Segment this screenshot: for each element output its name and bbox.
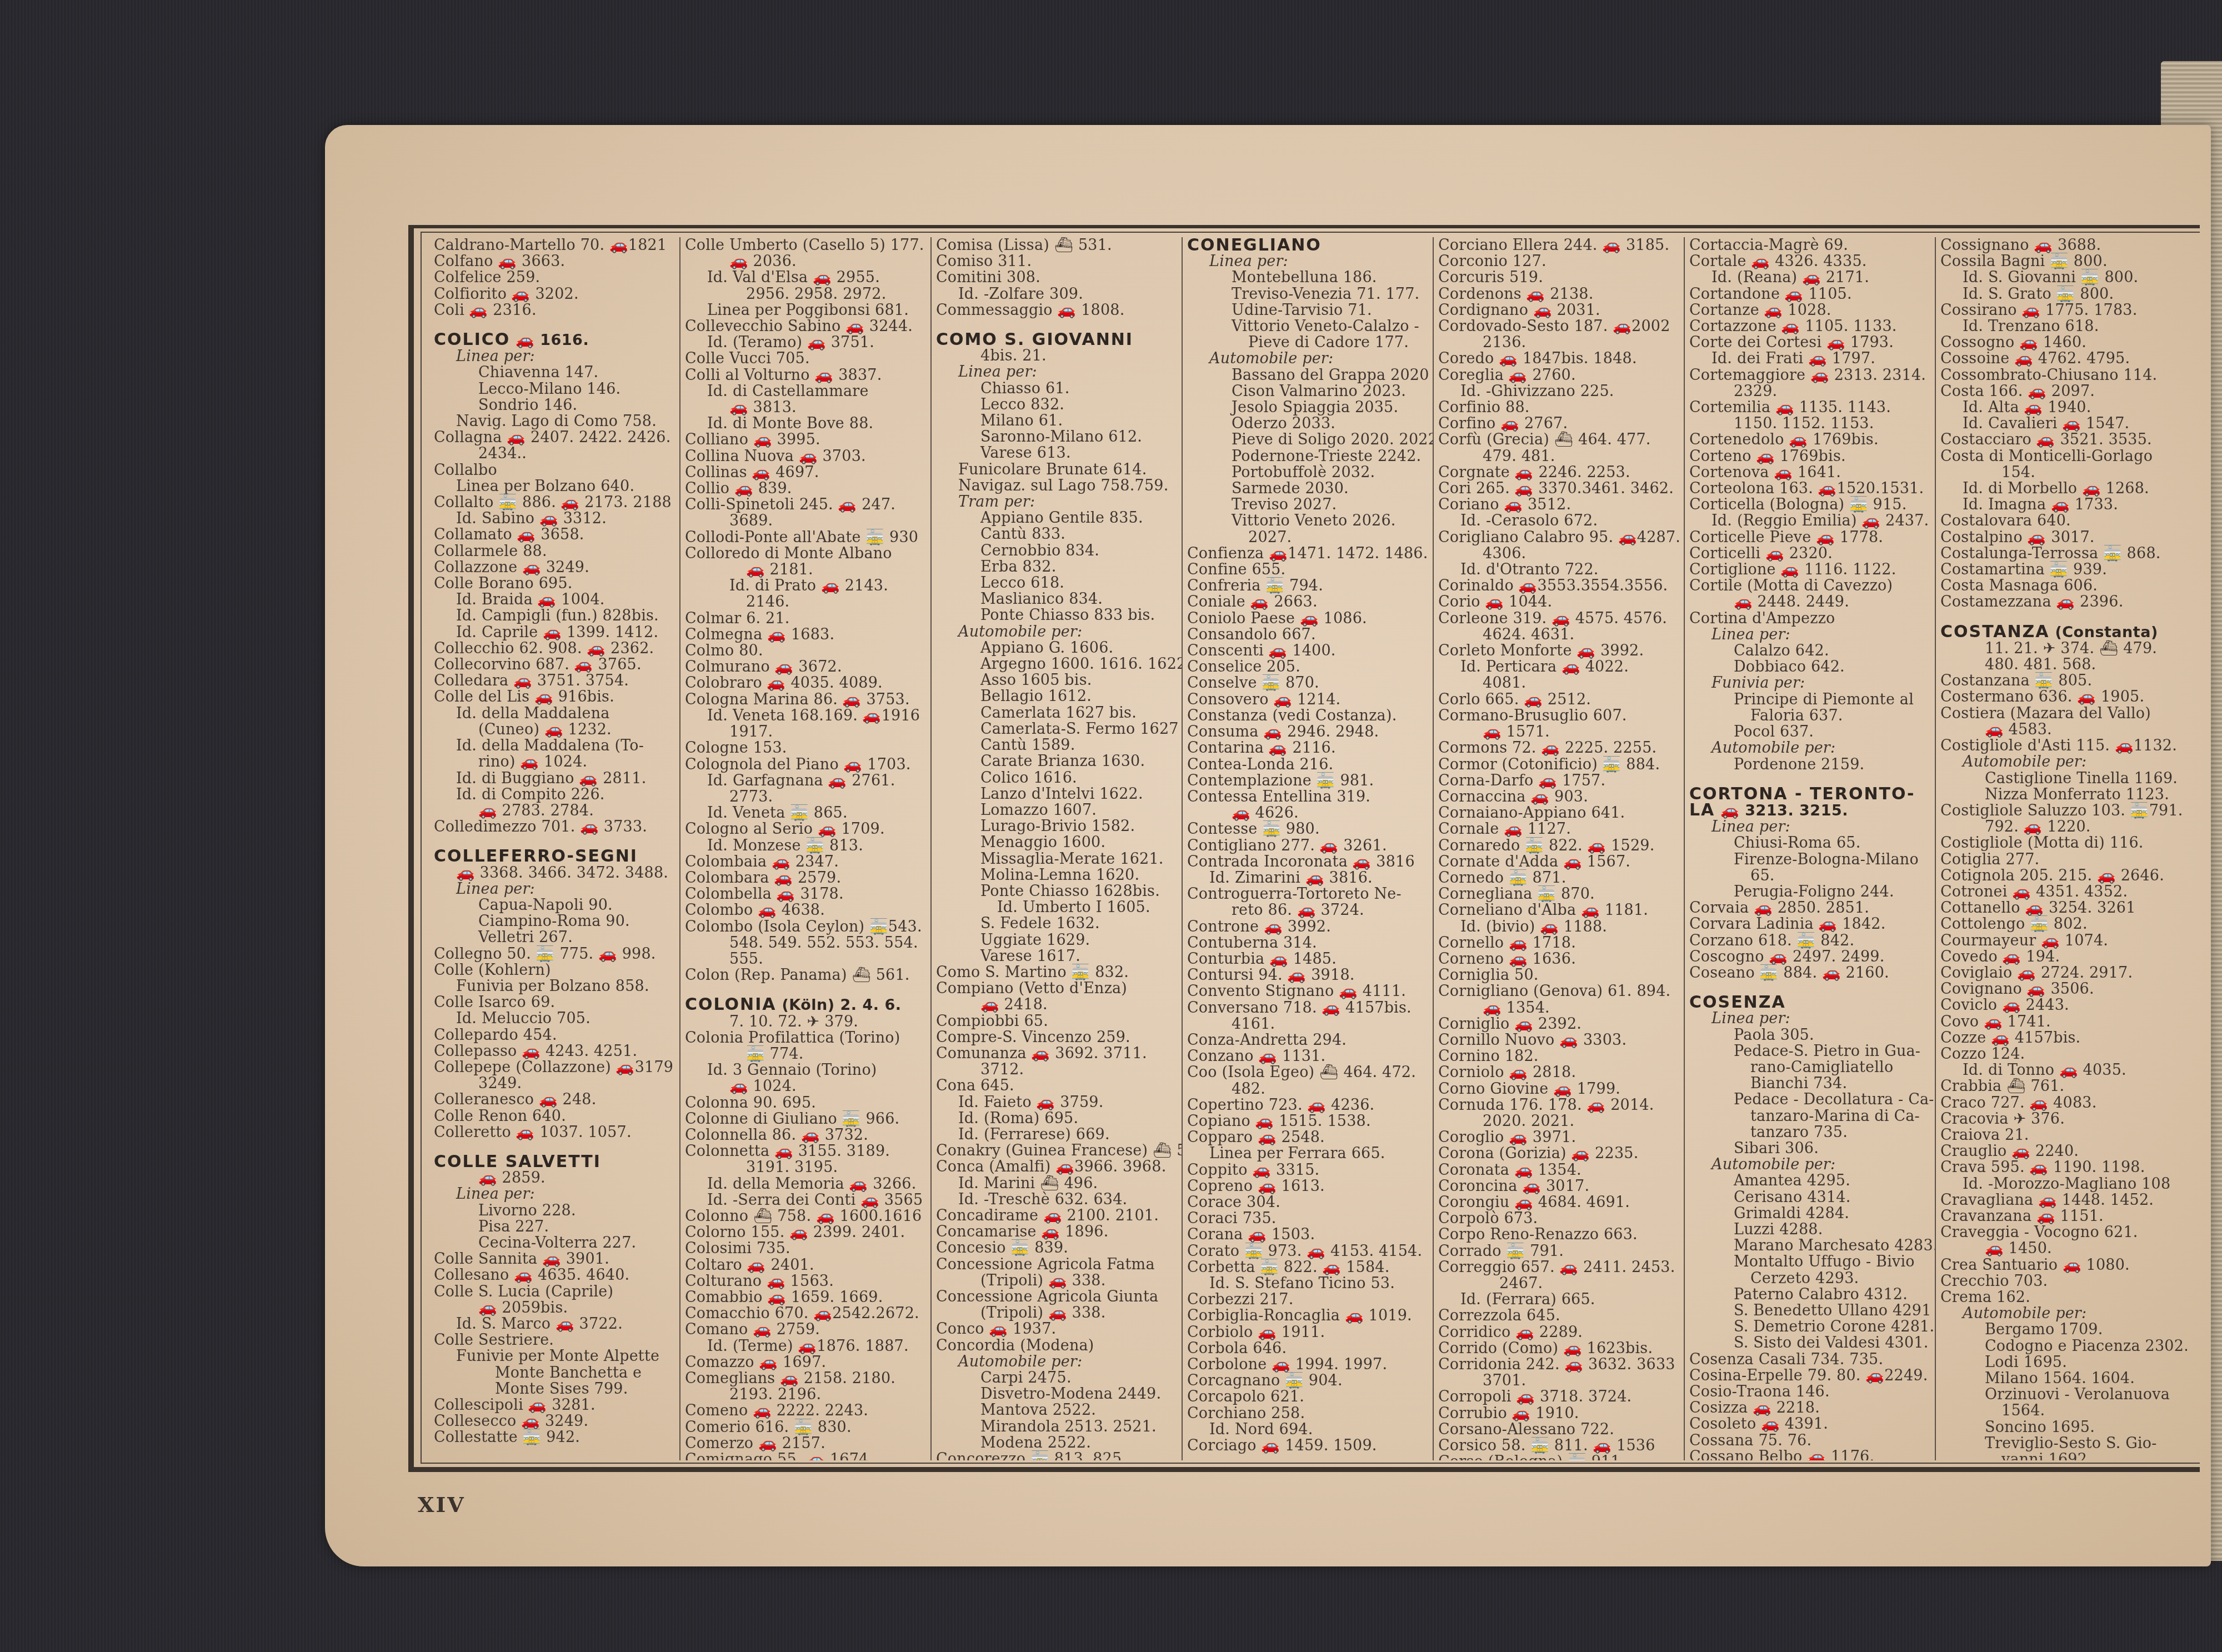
index-subentry: Milano 61.: [936, 413, 1176, 429]
index-subentry: Vittorio Veneto 2026.: [1187, 513, 1427, 529]
index-subentry: Id. Alta 🚗 1940.: [1940, 399, 2181, 415]
index-subentry: Id. di Castellammare: [685, 383, 925, 399]
index-subentry: Funicolare Brunate 614.: [936, 462, 1176, 478]
index-entry: Cornegliana 🚋 870.: [1438, 886, 1678, 902]
heading-title: COLONIA: [685, 995, 777, 1014]
index-entry: Contuberna 314.: [1187, 935, 1427, 951]
index-entry: Cornino 182.: [1438, 1048, 1678, 1064]
index-subentry: 548. 549. 552. 553. 554.: [685, 935, 925, 951]
index-entry: Colle (Kohlern): [434, 962, 674, 978]
index-entry: Corconio 127.: [1438, 253, 1678, 269]
index-subentry: Chiasso 61.: [936, 381, 1176, 397]
index-subentry: Id. di Monte Bove 88.: [685, 415, 925, 432]
index-subentry: Principe di Piemonte al: [1689, 692, 1929, 708]
index-entry: Cossignano 🚗 3688.: [1940, 237, 2181, 253]
index-subentry: (Tripoli) 🚗 338.: [936, 1305, 1176, 1321]
index-entry: Cornale 🚗 1127.: [1438, 821, 1678, 837]
index-subentry: Id. (Ferrara) 665.: [1438, 1291, 1678, 1308]
index-entry: Corona (Gorizia) 🚗 2235.: [1438, 1145, 1678, 1162]
index-entry: Cozzo 124.: [1940, 1046, 2181, 1062]
index-entry: Collesano 🚗 4635. 4640.: [434, 1267, 674, 1283]
index-subentry: Appiano Gentile 835.: [936, 510, 1176, 526]
index-entry: Costalovara 640.: [1940, 513, 2181, 529]
index-subentry: Lecco-Milano 146.: [434, 381, 674, 397]
index-entry: Cortandone 🚗 1105.: [1689, 286, 1929, 302]
index-subentry: Dobbiaco 642.: [1689, 659, 1929, 675]
index-entry: Corticelle Pieve 🚗 1778.: [1689, 529, 1929, 545]
index-subentry: Cerzeto 4293.: [1689, 1270, 1929, 1286]
heading-title: COLLEFERRO-SEGNI: [434, 847, 638, 866]
index-entry: Colledimezzo 701. 🚗 3733.: [434, 819, 674, 835]
index-entry: Comeno 🚗 2222. 2243.: [685, 1403, 925, 1419]
index-subentry: Id. (Reggio Emilia) 🚗 2437.: [1689, 513, 1929, 529]
index-entry: Cornaccina 🚗 903.: [1438, 789, 1678, 805]
index-entry: Corsico 58. 🚋 811. 🚗 1536: [1438, 1438, 1678, 1454]
section-heading: COLICO 🚗 1616.: [434, 332, 674, 348]
index-subentry: Id. di Tonno 🚗 4035.: [1940, 1062, 2181, 1078]
heading-title: COLICO: [434, 330, 510, 349]
index-entry: Conselice 205.: [1187, 659, 1427, 675]
index-subentry: 65.: [1689, 868, 1929, 884]
index-subentry: Cantù 1589.: [936, 737, 1176, 753]
index-subentry: Pieve di Cadore 177.: [1187, 334, 1427, 351]
index-entry: Colombaia 🚗 2347.: [685, 854, 925, 870]
index-entry: Cossirano 🚗 1775. 1783.: [1940, 302, 2181, 318]
index-entry: Cortemilia 🚗 1135. 1143.: [1689, 399, 1929, 415]
index-subentry: Tram per:: [936, 494, 1176, 510]
index-entry: Cologna Marina 86. 🚗 3753.: [685, 692, 925, 708]
index-entry: Comerio 616. 🚋 830.: [685, 1419, 925, 1435]
index-entry: Colon (Rep. Panama) ⛴ 561.: [685, 967, 925, 983]
index-entry: Cordovado-Sesto 187. 🚗2002: [1438, 318, 1678, 334]
index-entry: Cologno al Serio 🚗 1709.: [685, 821, 925, 837]
index-column-3: Comisa (Lissa) ⛴ 531.Comiso 311.Comitini…: [932, 237, 1183, 1460]
index-entry: Costigliole (Motta di) 116.: [1940, 835, 2181, 851]
index-entry: Coraci 735.: [1187, 1210, 1427, 1227]
index-subentry: Marano Marchesato 4283.: [1689, 1238, 1929, 1254]
index-entry: Corgnate 🚗 2246. 2253.: [1438, 464, 1678, 480]
index-entry: Constanza (vedi Costanza).: [1187, 708, 1427, 724]
index-entry: Corsano-Alessano 722.: [1438, 1421, 1678, 1438]
heading-refs: 🚗 3213. 3215.: [1715, 802, 1848, 819]
index-subentry: (Tripoli) 🚗 338.: [936, 1273, 1176, 1289]
index-column-4: CONEGLIANOLinea per:Montebelluna 186.Tre…: [1183, 237, 1434, 1460]
index-subentry: Montalto Uffugo - Bivio: [1689, 1254, 1929, 1270]
index-entry: Collio 🚗 839.: [685, 480, 925, 497]
index-entry: Consovero 🚗 1214.: [1187, 692, 1427, 708]
index-subentry: Linea per:: [1689, 627, 1929, 643]
index-subentry: Firenze-Bologna-Milano: [1689, 852, 1929, 868]
index-subentry: 🚗 2181.: [685, 562, 925, 578]
index-entry: Cossano Belbo 🚗 1176.: [1689, 1449, 1929, 1460]
section-heading: LA 🚗 3213. 3215.: [1689, 802, 1929, 819]
index-entry: Cortemaggiore 🚗 2313. 2314.: [1689, 367, 1929, 383]
index-entry: Compiobbi 65.: [936, 1013, 1176, 1029]
index-entry: Corbetta 🚋 822. 🚗 1584.: [1187, 1259, 1427, 1275]
index-subentry: Id. -Ghivizzano 225.: [1438, 383, 1678, 399]
index-entry: Costalunga-Terrossa 🚋 868.: [1940, 545, 2181, 562]
index-subentry: Cerisano 4314.: [1689, 1189, 1929, 1205]
index-entry: Corniglia 50.: [1438, 967, 1678, 983]
index-entry: Colturano 🚗 1563.: [685, 1273, 925, 1289]
index-subentry: Saronno-Milano 612.: [936, 429, 1176, 445]
index-subentry: Maslianico 834.: [936, 591, 1176, 607]
index-entry: Coviclo 🚗 2443.: [1940, 997, 2181, 1013]
index-entry: Cologne 153.: [685, 740, 925, 756]
index-entry: Covignano 🚗 3506.: [1940, 981, 2181, 997]
index-entry: Crecchio 703.: [1940, 1273, 2181, 1289]
heading-title: COSENZA: [1689, 993, 1786, 1012]
index-entry: Concessione Agricola Giunta: [936, 1289, 1176, 1305]
index-entry: Costigliole Saluzzo 103. 🚋791.: [1940, 803, 2181, 819]
index-entry: Crava 595. 🚗 1190. 1198.: [1940, 1159, 2181, 1175]
index-entry: Colonne di Giuliano 🚋 966.: [685, 1111, 925, 1127]
index-subentry: Mirandola 2513. 2521.: [936, 1419, 1176, 1435]
index-subentry: Id. -Morozzo-Magliano 108: [1940, 1176, 2181, 1192]
index-entry: Collinas 🚗 4697.: [685, 464, 925, 480]
index-entry: Coriano 🚗 3512.: [1438, 497, 1678, 513]
index-subentry: Lecco 618.: [936, 575, 1176, 591]
index-subentry: Id. (bivio) 🚗 1188.: [1438, 919, 1678, 935]
index-subentry: rano-Camigliatello: [1689, 1059, 1929, 1075]
index-subentry: 3712.: [936, 1062, 1176, 1078]
index-subentry: 2193. 2196.: [685, 1386, 925, 1403]
index-entry: Cortanze 🚗 1028.: [1689, 302, 1929, 318]
index-entry: Cornillo Nuovo 🚗 3303.: [1438, 1032, 1678, 1048]
index-subentry: 11. 21. ✈ 374. ⛴ 479.: [1940, 640, 2181, 657]
index-subentry: 2434..: [434, 445, 674, 462]
heading-title: CORTONA - TERONTO-: [1689, 784, 1915, 804]
index-entry: Corticella (Bologna) 🚋 915.: [1689, 497, 1929, 513]
index-entry: Copertino 723. 🚗 4236.: [1187, 1097, 1427, 1113]
index-subentry: Id. Monzese 🚋 813.: [685, 838, 925, 854]
index-subentry: Sibari 306.: [1689, 1140, 1929, 1157]
index-subentry: Funivia per Bolzano 858.: [434, 978, 674, 994]
index-entry: Cortaccia-Magrè 69.: [1689, 237, 1929, 253]
index-subentry: 3191. 3195.: [685, 1159, 925, 1175]
index-subentry: 2956. 2958. 2972.: [685, 286, 925, 302]
index-subentry: 🚗 2448. 2449.: [1689, 594, 1929, 610]
index-subentry: Id. -Treschè 632. 634.: [936, 1192, 1176, 1208]
index-subentry: Colico 1616.: [936, 770, 1176, 786]
index-entry: Cormano-Brusuglio 607.: [1438, 708, 1678, 724]
index-entry: Contursi 94. 🚗 3918.: [1187, 967, 1427, 983]
index-subentry: Argegno 1600. 1616. 1622: [936, 656, 1176, 672]
index-entry: Corigliano Calabro 95. 🚗4287.: [1438, 529, 1678, 545]
index-entry: Colobraro 🚗 4035. 4089.: [685, 675, 925, 691]
index-entry: Conza-Andretta 294.: [1187, 1032, 1427, 1048]
index-entry: Collamato 🚗 3658.: [434, 527, 674, 543]
index-entry: Colle Borano 695.: [434, 575, 674, 592]
index-subentry: Lodi 1695.: [1940, 1354, 2181, 1370]
index-subentry: 🚗 1024.: [685, 1078, 925, 1094]
index-entry: Corleto Monforte 🚗 3992.: [1438, 643, 1678, 659]
index-entry: Craco 727. 🚗 4083.: [1940, 1095, 2181, 1111]
index-entry: Caldrano-Martello 70. 🚗1821: [434, 237, 674, 253]
index-subentry: Jesolo Spiaggia 2035.: [1187, 399, 1427, 415]
index-entry: Colleretto 🚗 1037. 1057.: [434, 1124, 674, 1140]
index-entry: Colognola del Piano 🚗 1703.: [685, 757, 925, 773]
index-subentry: Automobile per:: [1940, 1305, 2181, 1321]
index-entry: Coli 🚗 2316.: [434, 302, 674, 318]
index-subentry: 1564.: [1940, 1403, 2181, 1419]
index-entry: Cornate d'Adda 🚗 1567.: [1438, 854, 1678, 870]
index-entry: Contemplazione 🚋 981.: [1187, 773, 1427, 789]
index-entry: Cozze 🚗 4157bis.: [1940, 1030, 2181, 1046]
index-subentry: 2027.: [1187, 529, 1427, 545]
index-entry: Copreno 🚗 1613.: [1187, 1178, 1427, 1194]
index-entry: Controne 🚗 3992.: [1187, 919, 1427, 935]
index-subentry: Lurago-Brivio 1582.: [936, 818, 1176, 834]
heading-refs: (Köln) 2. 4. 6.: [777, 997, 902, 1014]
index-entry: Craiova 21.: [1940, 1127, 2181, 1143]
index-entry: Corciano Ellera 244. 🚗 3185.: [1438, 237, 1678, 253]
index-entry: Corte dei Cortesi 🚗 1793.: [1689, 334, 1929, 351]
index-entry: Coppito 🚗 3315.: [1187, 1162, 1427, 1178]
index-entry: Corteolona 163. 🚗1520.1531.: [1689, 480, 1929, 497]
index-subentry: Id. Veneta 🚋 865.: [685, 805, 925, 821]
index-column-1: Caldrano-Martello 70. 🚗1821Colfano 🚗 366…: [429, 237, 680, 1460]
index-entry: Corrubio 🚗 1910.: [1438, 1405, 1678, 1421]
index-subentry: tanzaro-Marina di Ca-: [1689, 1108, 1929, 1124]
index-entry: Contigliano 277. 🚗 3261.: [1187, 838, 1427, 854]
section-heading: COSTANZA (Constanta): [1940, 624, 2181, 640]
index-entry: Cordignano 🚗 2031.: [1438, 302, 1678, 318]
index-entry: Cona 645.: [936, 1078, 1176, 1094]
index-entry: Corleone 319. 🚗 4575. 4576.: [1438, 610, 1678, 627]
index-entry: Colfelice 259.: [434, 269, 674, 286]
index-entry: Cotignola 205. 215. 🚗 2646.: [1940, 868, 2181, 884]
index-subentry: Codogno e Piacenza 2302.: [1940, 1338, 2181, 1354]
index-entry: Cossoine 🚗 4762. 4795.: [1940, 351, 2181, 367]
index-subentry: Camerlata-S. Fermo 1627: [936, 721, 1176, 737]
index-entry: Collegno 50. 🚋 775. 🚗 998.: [434, 946, 674, 962]
index-subentry: 4081.: [1438, 675, 1678, 691]
index-subentry: Oderzo 2033.: [1187, 415, 1427, 432]
index-entry: Correzzola 645.: [1438, 1308, 1678, 1324]
index-entry: Collodi-Ponte all'Abate 🚋 930: [685, 529, 925, 545]
index-subentry: Ciampino-Roma 90.: [434, 913, 674, 929]
index-subentry: 🚗 2859.: [434, 1170, 674, 1186]
index-entry: Colombella 🚗 3178.: [685, 886, 925, 902]
index-subentry: Paola 305.: [1689, 1027, 1929, 1043]
index-entry: Collestatte 🚋 942.: [434, 1429, 674, 1445]
index-subentry: Id. di Morbello 🚗 1268.: [1940, 480, 2181, 497]
index-subentry: Cison Valmarino 2023.: [1187, 383, 1427, 399]
index-subentry: Disvetro-Modena 2449.: [936, 1386, 1176, 1402]
index-entry: Cossila Bagni 🚋 800.: [1940, 253, 2181, 269]
index-entry: Corvara Ladinia 🚗 1842.: [1689, 916, 1929, 932]
index-entry: Costamezzana 🚗 2396.: [1940, 594, 2181, 610]
heading-title: COSTANZA: [1940, 622, 2050, 642]
index-subentry: Ponte Chiasso 833 bis.: [936, 607, 1176, 623]
index-subentry: Pieve di Soligo 2020. 2022: [1187, 432, 1427, 448]
index-entry: Cornuda 176. 178. 🚗 2014.: [1438, 1097, 1678, 1113]
index-entry: Corropoli 🚗 3718. 3724.: [1438, 1389, 1678, 1405]
index-subentry: 🚗 4583.: [1940, 722, 2181, 738]
index-subentry: Funivia per:: [1689, 675, 1929, 691]
index-entry: Colonno ⛴ 758. 🚗 1600.1616: [685, 1208, 925, 1224]
index-entry: Coronata 🚗 1354.: [1438, 1162, 1678, 1178]
index-subentry: Monte Banchetta e: [434, 1365, 674, 1381]
index-subentry: 7. 10. 72. ✈ 379.: [685, 1014, 925, 1030]
index-entry: Colorno 155. 🚗 2399. 2401.: [685, 1224, 925, 1240]
index-entry: Colmar 6. 21.: [685, 610, 925, 627]
index-subentry: Modena 2522.: [936, 1435, 1176, 1451]
index-subentry: Bellagio 1612.: [936, 688, 1176, 704]
index-entry: Comeglians 🚗 2158. 2180.: [685, 1370, 925, 1386]
index-subentry: 🚗 2418.: [936, 997, 1176, 1013]
index-subentry: Funivie per Monte Alpette: [434, 1348, 674, 1364]
index-subentry: Id. -Serra dei Conti 🚗 3565: [685, 1192, 925, 1208]
index-subentry: Id. Sabino 🚗 3312.: [434, 510, 674, 527]
index-subentry: Id. Meluccio 705.: [434, 1010, 674, 1027]
index-entry: Cortiglione 🚗 1116. 1122.: [1689, 562, 1929, 578]
index-entry: Corato 🚋 973. 🚗 4153. 4154.: [1187, 1243, 1427, 1259]
index-entry: Corteno 🚗 1769bis.: [1689, 448, 1929, 464]
index-entry: Corfinio 88.: [1438, 399, 1678, 415]
index-entry: Comitini 308.: [936, 269, 1176, 286]
index-entry: Crauglio 🚗 2240.: [1940, 1143, 2181, 1159]
index-entry: Cornigliano (Genova) 61. 894.: [1438, 983, 1678, 999]
index-entry: Corbola 646.: [1187, 1340, 1427, 1356]
index-subentry: Carate Brianza 1630.: [936, 753, 1176, 769]
index-entry: Cornedo 🚋 871.: [1438, 870, 1678, 886]
index-entry: Costanzana 🚋 805.: [1940, 673, 2181, 689]
index-entry: Comabbio 🚗 1659. 1669.: [685, 1289, 925, 1305]
index-entry: Coviglaio 🚗 2724. 2917.: [1940, 965, 2181, 981]
index-entry: Colle Renon 640.: [434, 1108, 674, 1124]
index-subentry: Cecina-Volterra 227.: [434, 1235, 674, 1251]
index-subentry: Id. (Roma) 695.: [936, 1110, 1176, 1127]
section-heading: CORTONA - TERONTO-: [1689, 786, 1929, 802]
index-entry: Costiera (Mazara del Vallo): [1940, 705, 2181, 722]
section-heading: COMO S. GIOVANNI: [936, 332, 1176, 348]
index-entry: Corridonia 242. 🚗 3632. 3633: [1438, 1356, 1678, 1373]
index-subentry: reto 86. 🚗 3724.: [1187, 902, 1427, 918]
index-entry: Colle Sestriere.: [434, 1332, 674, 1348]
index-entry: Colli al Volturno 🚗 3837.: [685, 367, 925, 383]
index-subentry: Pedace - Decollatura - Ca-: [1689, 1092, 1929, 1108]
index-entry: Coltaro 🚗 2401.: [685, 1257, 925, 1273]
index-subentry: S. Fedele 1632.: [936, 915, 1176, 932]
index-subentry: Milano 1564. 1604.: [1940, 1370, 2181, 1386]
index-subentry: Id. Cavalieri 🚗 1547.: [1940, 415, 2181, 432]
index-subentry: Id. Zimarini 🚗 3816.: [1187, 870, 1427, 886]
index-subentry: 🚗 2783. 2784.: [434, 803, 674, 819]
index-entry: Confreria 🚋 794.: [1187, 578, 1427, 594]
index-entry: Copparo 🚗 2548.: [1187, 1129, 1427, 1145]
index-subentry: 4161.: [1187, 1016, 1427, 1032]
index-entry: Cracovia ✈ 376.: [1940, 1111, 2181, 1127]
index-entry: Consandolo 667.: [1187, 627, 1427, 643]
index-entry: Colonna 90. 695.: [685, 1095, 925, 1111]
index-entry: Corneliano d'Alba 🚗 1181.: [1438, 902, 1678, 918]
index-subentry: Chiusi-Roma 65.: [1689, 835, 1929, 851]
index-entry: Colliano 🚗 3995.: [685, 432, 925, 448]
heading-title: LA: [1689, 800, 1715, 820]
index-subentry: Id. (Terme) 🚗1876. 1887.: [685, 1338, 925, 1354]
index-entry: Concesio 🚋 839.: [936, 1240, 1176, 1256]
index-entry: Convento Stignano 🚗 4111.: [1187, 983, 1427, 999]
index-entry: Colledara 🚗 3751. 3754.: [434, 673, 674, 689]
index-entry: Corongiu 🚗 4684. 4691.: [1438, 1194, 1678, 1210]
index-entry: Comisa (Lissa) ⛴ 531.: [936, 237, 1176, 253]
index-entry: Concorezzo 🚋 813. 825.: [936, 1451, 1176, 1460]
index-subentry: 🚗 1450.: [1940, 1240, 2181, 1256]
index-entry: Compiano (Vetto d'Enza): [936, 980, 1176, 997]
index-entry: Copiano 🚗 1515. 1538.: [1187, 1113, 1427, 1129]
index-subentry: Linea per:: [434, 348, 674, 364]
index-subentry: Luzzi 4288.: [1689, 1222, 1929, 1238]
index-entry: Conca (Amalfi) 🚗3966. 3968.: [936, 1159, 1176, 1175]
index-entry: Corpolò 673.: [1438, 1210, 1678, 1227]
index-entry: Cosina-Erpelle 79. 80. 🚗2249.: [1689, 1368, 1929, 1384]
index-entry: Collarmele 88.: [434, 543, 674, 559]
index-entry: Costa di Monticelli-Gorlago: [1940, 448, 2181, 464]
index-subentry: 2146.: [685, 594, 925, 610]
index-subentry: Vittorio Veneto-Calalzo -: [1187, 318, 1427, 334]
index-subentry: 2773.: [685, 789, 925, 805]
index-column-7: Cossignano 🚗 3688.Cossila Bagni 🚋 800.Id…: [1936, 237, 2187, 1460]
index-entry: Cortile (Motta di Cavezzo): [1689, 578, 1929, 594]
index-subentry: Podernone-Trieste 2242.: [1187, 448, 1427, 464]
index-entry: Corpo Reno-Renazzo 663.: [1438, 1227, 1678, 1243]
index-entry: Corinaldo 🚗3553.3554.3556.: [1438, 578, 1678, 594]
index-entry: Coniolo Paese 🚗 1086.: [1187, 610, 1427, 627]
index-entry: Conzano 🚗 1131.: [1187, 1048, 1427, 1064]
index-subentry: Calalzo 642.: [1689, 643, 1929, 659]
index-entry: Colle Sannita 🚗 3901.: [434, 1251, 674, 1267]
index-entry: Corniglio 🚗 2392.: [1438, 1016, 1678, 1032]
index-entry: Colli-Spinetoli 245. 🚗 247.: [685, 497, 925, 513]
index-subentry: Udine-Tarvisio 71.: [1187, 302, 1427, 318]
index-subentry: Molina-Lemna 1620.: [936, 867, 1176, 883]
index-subentry: Mantova 2522.: [936, 1402, 1176, 1418]
index-entry: Corfù (Grecia) ⛴ 464. 477.: [1438, 432, 1678, 448]
index-entry: Cornello 🚗 1718.: [1438, 935, 1678, 951]
index-entry: Colle Isarco 69.: [434, 994, 674, 1010]
index-subentry: 482.: [1187, 1081, 1427, 1097]
index-entry: Costa Masnaga 606.: [1940, 578, 2181, 594]
index-subentry: Appiano G. 1606.: [936, 640, 1176, 656]
index-subentry: 🚗 2059bis.: [434, 1300, 674, 1316]
index-subentry: Automobile per:: [1689, 740, 1929, 756]
index-entry: Collagna 🚗 2407. 2422. 2426.: [434, 429, 674, 445]
index-entry: Cortenedolo 🚗 1769bis.: [1689, 432, 1929, 448]
index-subentry: Bianchi 734.: [1689, 1075, 1929, 1092]
index-frame: Caldrano-Martello 70. 🚗1821Colfano 🚗 366…: [408, 225, 2200, 1472]
index-subentry: Id. di Compito 226.: [434, 787, 674, 803]
index-entry: Corticelli 🚗 2320.: [1689, 545, 1929, 562]
index-columns: Caldrano-Martello 70. 🚗1821Colfano 🚗 366…: [429, 237, 2200, 1460]
index-subentry: Pisa 227.: [434, 1219, 674, 1235]
index-subentry: Id. S. Stefano Ticino 53.: [1187, 1275, 1427, 1291]
index-entry: Collescipoli 🚗 3281.: [434, 1397, 674, 1413]
index-entry: Cosio-Traona 146.: [1689, 1384, 1929, 1400]
heading-title: COMO S. GIOVANNI: [936, 330, 1133, 349]
index-entry: Cornaiano-Appiano 641.: [1438, 805, 1678, 821]
index-entry: Corbiglia-Roncaglia 🚗 1019.: [1187, 1308, 1427, 1324]
index-subentry: Id. di Buggiano 🚗 2811.: [434, 770, 674, 787]
index-subentry: Id. della Maddalena (To-: [434, 738, 674, 754]
index-entry: Como S. Martino 🚋 832.: [936, 964, 1176, 980]
index-subentry: Portobuffolè 2032.: [1187, 464, 1427, 480]
index-entry: Conturbia 🚗 1485.: [1187, 951, 1427, 967]
index-subentry: Id. Trenzano 618.: [1940, 318, 2181, 334]
index-entry: Corcagnano 🚋 904.: [1187, 1373, 1427, 1389]
index-entry: Corbolone 🚗 1994. 1997.: [1187, 1356, 1427, 1373]
